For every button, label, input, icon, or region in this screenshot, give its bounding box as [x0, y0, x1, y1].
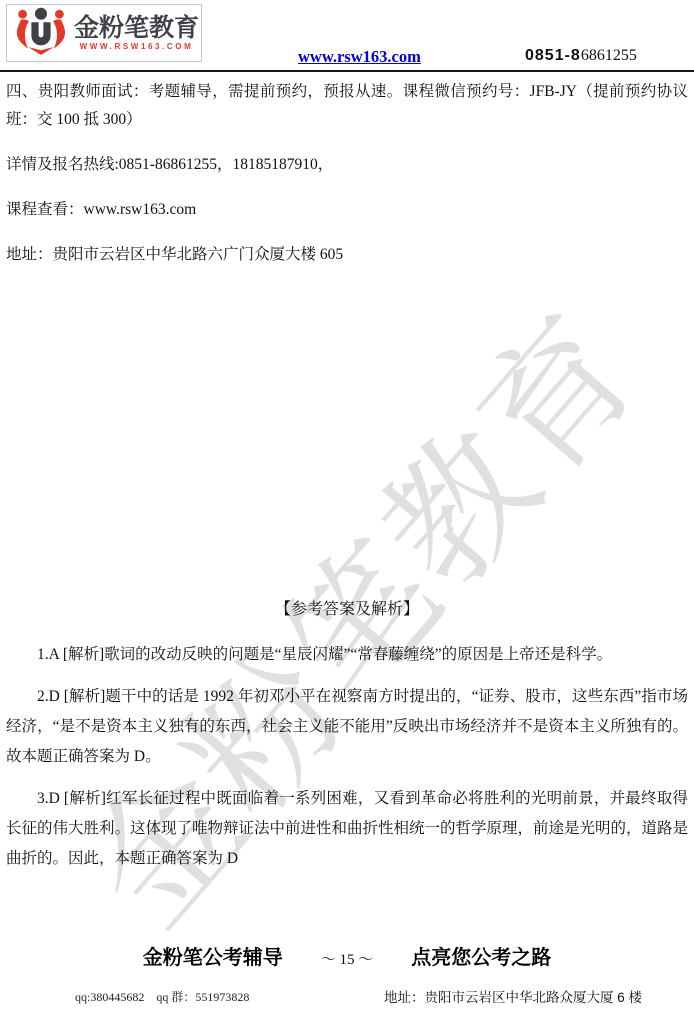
- website-link[interactable]: www.rsw163.com: [298, 47, 421, 67]
- brand-name: 金粉笔教育: [74, 15, 199, 42]
- phone-prefix: 0851-8: [525, 47, 581, 64]
- phone-suffix: 6861255: [581, 47, 637, 64]
- paragraph-address: 地址：贵阳市云岩区中华北路六广门众厦大楼 605: [6, 241, 688, 269]
- phone-number: 0851-86861255: [525, 47, 637, 65]
- document-body: 四、贵阳教师面试：考题辅导，需提前预约，预报从速。课程微信预约号：JFB-JY（…: [6, 78, 688, 286]
- answer-item-1: 1.A [解析]歌词的改动反映的问题是“星辰闪耀”“常春藤缠绕”的原因是上帝还是…: [6, 640, 688, 670]
- answers-section: 【参考答案及解析】 1.A [解析]歌词的改动反映的问题是“星辰闪耀”“常春藤缠…: [6, 596, 688, 886]
- footer-brand-right: 点亮您公考之路: [411, 947, 551, 969]
- footer-address: 地址：贵阳市云岩区中华北路众厦大厦 6 楼: [384, 986, 642, 1006]
- document-page: 金粉笔教育 金粉笔教育 WWW.RSW163.COM www.rsw163.co…: [0, 0, 694, 1024]
- logo: 金粉笔教育 WWW.RSW163.COM: [6, 4, 202, 62]
- paragraph-interview-notice: 四、贵阳教师面试：考题辅导，需提前预约，预报从速。课程微信预约号：JFB-JY（…: [6, 78, 688, 134]
- logo-text: 金粉笔教育 WWW.RSW163.COM: [74, 15, 199, 52]
- brand-figures-icon: [12, 7, 70, 60]
- footer-brand-line: 金粉笔公考辅导～ 15 ～点亮您公考之路: [0, 944, 694, 974]
- header-divider: [0, 70, 694, 72]
- footer-qq-contacts: qq:380445682 qq 群：551973828: [75, 988, 249, 1005]
- answer-item-2: 2.D [解析]题干中的话是 1992 年初邓小平在视察南方时提出的，“证券、股…: [6, 682, 688, 772]
- paragraph-hotline: 详情及报名热线:0851-86861255，18185187910，: [6, 151, 688, 179]
- page-number: ～ 15 ～: [321, 952, 374, 968]
- section-heading: 【参考答案及解析】: [6, 596, 688, 624]
- paragraph-course-site: 课程查看：www.rsw163.com: [6, 196, 688, 224]
- footer-brand-left: 金粉笔公考辅导: [143, 947, 283, 969]
- answer-item-3: 3.D [解析]红军长征过程中既面临着一系列困难，又看到革命必将胜利的光明前景，…: [6, 784, 688, 874]
- brand-url-caption: WWW.RSW163.COM: [80, 42, 194, 52]
